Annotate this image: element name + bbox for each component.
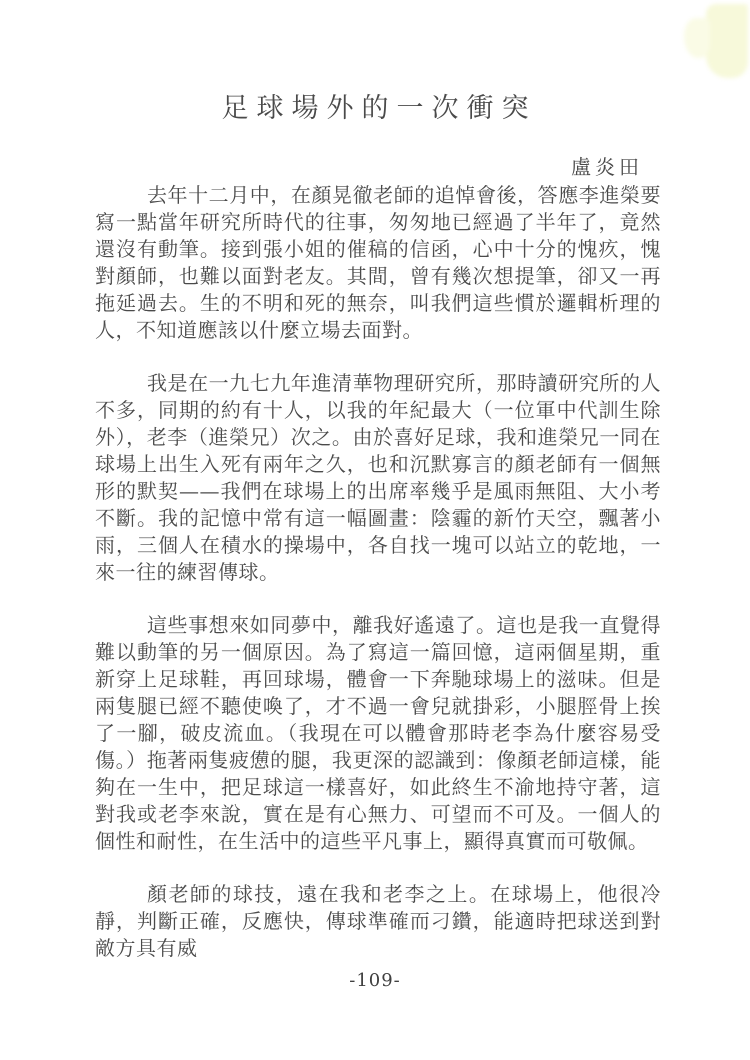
page-number: -109-	[0, 970, 750, 991]
paragraph-4: 顏老師的球技，遠在我和老李之上。在球場上，他很冷靜，判斷正確，反應快，傳球準確而…	[95, 881, 661, 962]
paragraph-3: 這些事想來如同夢中，離我好遙遠了。這也是我一直覺得難以動筆的另一個原因。為了寫這…	[95, 612, 661, 855]
article-body: 去年十二月中，在顏晃徹老師的追悼會後，答應李進榮要寫一點當年研究所時代的往事，匆…	[95, 182, 661, 988]
document-page: 足球場外的一次衝突 盧炎田 去年十二月中，在顏晃徹老師的追悼會後，答應李進榮要寫…	[0, 0, 750, 1060]
scan-artifact-blotch	[706, 4, 748, 78]
page-title: 足球場外的一次衝突	[0, 86, 750, 125]
author-name: 盧炎田	[95, 151, 643, 180]
paragraph-2: 我是在一九七九年進清華物理研究所，那時讀研究所的人不多，同期的約有十人，以我的年…	[95, 370, 661, 586]
paragraph-1: 去年十二月中，在顏晃徹老師的追悼會後，答應李進榮要寫一點當年研究所時代的往事，匆…	[95, 182, 661, 344]
